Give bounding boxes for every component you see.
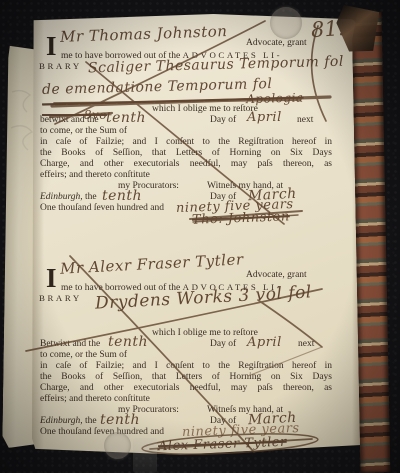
printed-charge-line: Charge, and other executorials needful, … [40,159,332,170]
printed-betwixt: Betwixt and the [40,339,100,350]
due-month-handwritten: April [247,110,282,125]
printed-books-line: the Books of Seſſion, that Letters of Ho… [40,148,332,159]
signed-day-handwritten: tenth [102,188,142,204]
printed-sum-line: to come, or the Sum of [40,126,127,137]
printed-effeirs-line: effeirs; and thereto conſtitute [40,394,150,405]
printed-edinburgh: Edinburgh, the [40,192,97,203]
printed-day-of: Day of [210,339,236,350]
photo-of-library-borrowing-register: 81. I Mr Thomas Johnston Advocate, grant… [0,0,400,473]
printed-brary: Brary [39,61,82,72]
printed-edinburgh: Edinburgh, the [40,416,97,427]
printed-advocate-grant: Advocate, grant [246,38,307,49]
printed-next: next [298,339,314,350]
printed-oblige-line: which I oblige me to reſtore [152,328,258,339]
printed-oblige-line: which I oblige me to reſtore [152,104,258,115]
printed-failzie-line: in caſe of Failzie; and I conſent to the… [40,137,332,148]
due-month-handwritten: April [247,335,282,350]
signed-day-handwritten: tenth [100,412,140,428]
printed-next: next [297,115,313,126]
folio-number: 81. [310,16,345,42]
printed-advocate-grant: Advocate, grant [246,270,307,281]
printed-sum-line: to come, or the Sum of [40,350,127,361]
printed-effeirs-line: effeirs; and thereto conſtitute [40,170,150,181]
printed-day-of: Day of [210,115,236,126]
due-day-handwritten: tenth [108,334,148,350]
printed-year-line: One thouſand ſeven hundred and [40,203,164,214]
printed-year-line: One thouſand ſeven hundred and [40,427,164,438]
signature-scored: Alex Fraser Tytler [158,435,287,454]
drop-cap-initial: I [46,33,57,59]
printed-brary: Brary [39,293,82,304]
due-day-handwritten: tenth [106,110,146,126]
drop-cap-initial: I [46,265,57,291]
printed-books-line: the Books of Seſſion, that Letters of Ho… [40,372,332,383]
printed-charge-line: Charge, and other executorials needful, … [40,383,332,394]
printed-failzie-line: in caſe of Failzie; and I conſent to the… [40,361,332,372]
printed-betwixt: betwixt and the [40,115,99,126]
